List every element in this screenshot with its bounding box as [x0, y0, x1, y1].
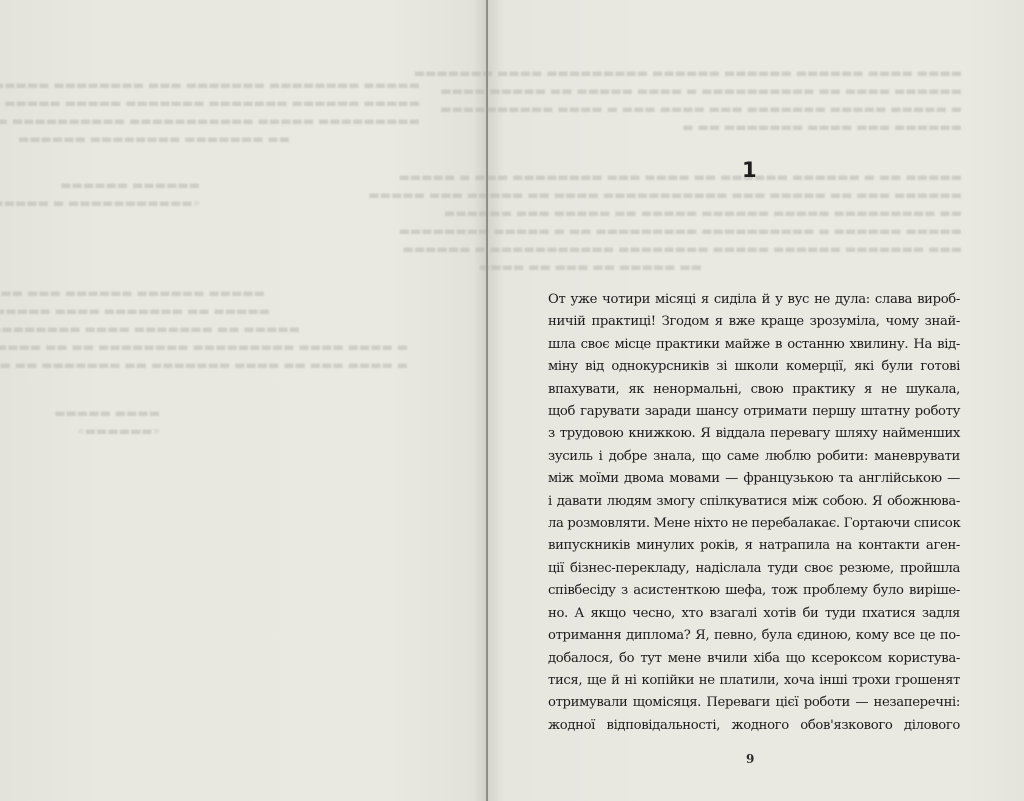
text-line: щоб гарувати заради шансу отримати першу… [548, 401, 960, 423]
text-line: шла своє місце практики майже в останню … [548, 334, 960, 356]
show-through-middle: ▬▬▬▬▬ ▬▬ ▬ ▬▬▬▬▬▬ ▬▬▬▬▬▬ ▬▬ ▬▬▬▬ ▬▬▬ ▬▬▬… [552, 168, 962, 276]
text-line: випускників минулих років, я натрапила н… [548, 535, 960, 557]
text-line: жодної відповідальності, жодного обов'яз… [548, 715, 960, 737]
text-line: між моїми двома мовами — французькою та … [548, 468, 960, 490]
text-line: співбесіду з асистенткою шефа, тож пробл… [548, 580, 960, 602]
show-through-attribution-1: ▬▬▬▬▬▬ ▬▬▬▬▬▬ «▬▬▬▬▬▬▬▬▬▬▬ ▬ ▬▬▬▬▬▬» [40, 176, 200, 212]
chapter-number: 1 [742, 158, 757, 182]
text-line: ничій практиці! Згодом я вже краще зрозу… [548, 311, 960, 333]
text-line: впахувати, як ненормальні, свою практику… [548, 379, 960, 401]
text-line: отримували щомісяця. Переваги цієї робот… [548, 692, 960, 714]
text-line: ла розмовляти. Мене ніхто не перебалакає… [548, 513, 960, 535]
text-line: добалося, бо тут мене вчили хіба що ксер… [548, 648, 960, 670]
text-line: От уже чотири місяці я сиділа й у вус не… [548, 289, 960, 311]
chapter-body-text: От уже чотири місяці я сиділа й у вус не… [548, 289, 960, 737]
book-spread: ▬▬▬▬▬ ▬▬▬▬▬▬▬▬ ▬▬▬▬▬▬▬ ▬▬▬ ▬▬▬▬▬▬▬▬ ▬▬▬▬… [0, 0, 1024, 801]
text-line: міну від однокурсників зі школи комерції… [548, 356, 960, 378]
show-through-top: ▬▬▬▬ ▬▬▬▬ ▬▬▬▬▬▬ ▬▬▬▬▬▬ ▬▬▬▬▬▬ ▬▬▬▬▬▬▬▬▬… [552, 64, 962, 136]
text-line: отримання диплома? Я, певно, була єдиною… [548, 625, 960, 647]
left-page: ▬▬▬▬▬ ▬▬▬▬▬▬▬▬ ▬▬▬▬▬▬▬ ▬▬▬ ▬▬▬▬▬▬▬▬ ▬▬▬▬… [0, 0, 488, 801]
text-line: ції бізнес-перекладу, надіслала туди сво… [548, 558, 960, 580]
show-through-attribution-2: ▬▬▬▬ ▬▬▬▬▬ «▬▬▬▬▬▬» [40, 404, 160, 440]
text-line: тися, ще й ні копійки не платили, хоча і… [548, 670, 960, 692]
page-number: 9 [746, 752, 754, 766]
show-through-epigraph-2: ▬▬▬▬▬ ▬▬▬▬▬▬ ▬▬▬▬▬▬ ▬▬▬ ▬▬▬▬▬ ▬▬▬▬▬ ▬▬ ▬… [40, 284, 420, 374]
text-line: но. А якщо чесно, хто взагалі хотів би т… [548, 603, 960, 625]
text-line: зусиль і добре знала, що саме люблю роби… [548, 446, 960, 468]
book-gutter [486, 0, 488, 801]
text-line: з трудовою книжкою. Я віддала перевагу ш… [548, 423, 960, 445]
show-through-epigraph-1: ▬▬▬▬▬ ▬▬▬▬▬▬▬▬ ▬▬▬▬▬▬▬ ▬▬▬ ▬▬▬▬▬▬▬▬ ▬▬▬▬… [40, 76, 420, 148]
text-line: і давати людям змогу спілкуватися між со… [548, 491, 960, 513]
